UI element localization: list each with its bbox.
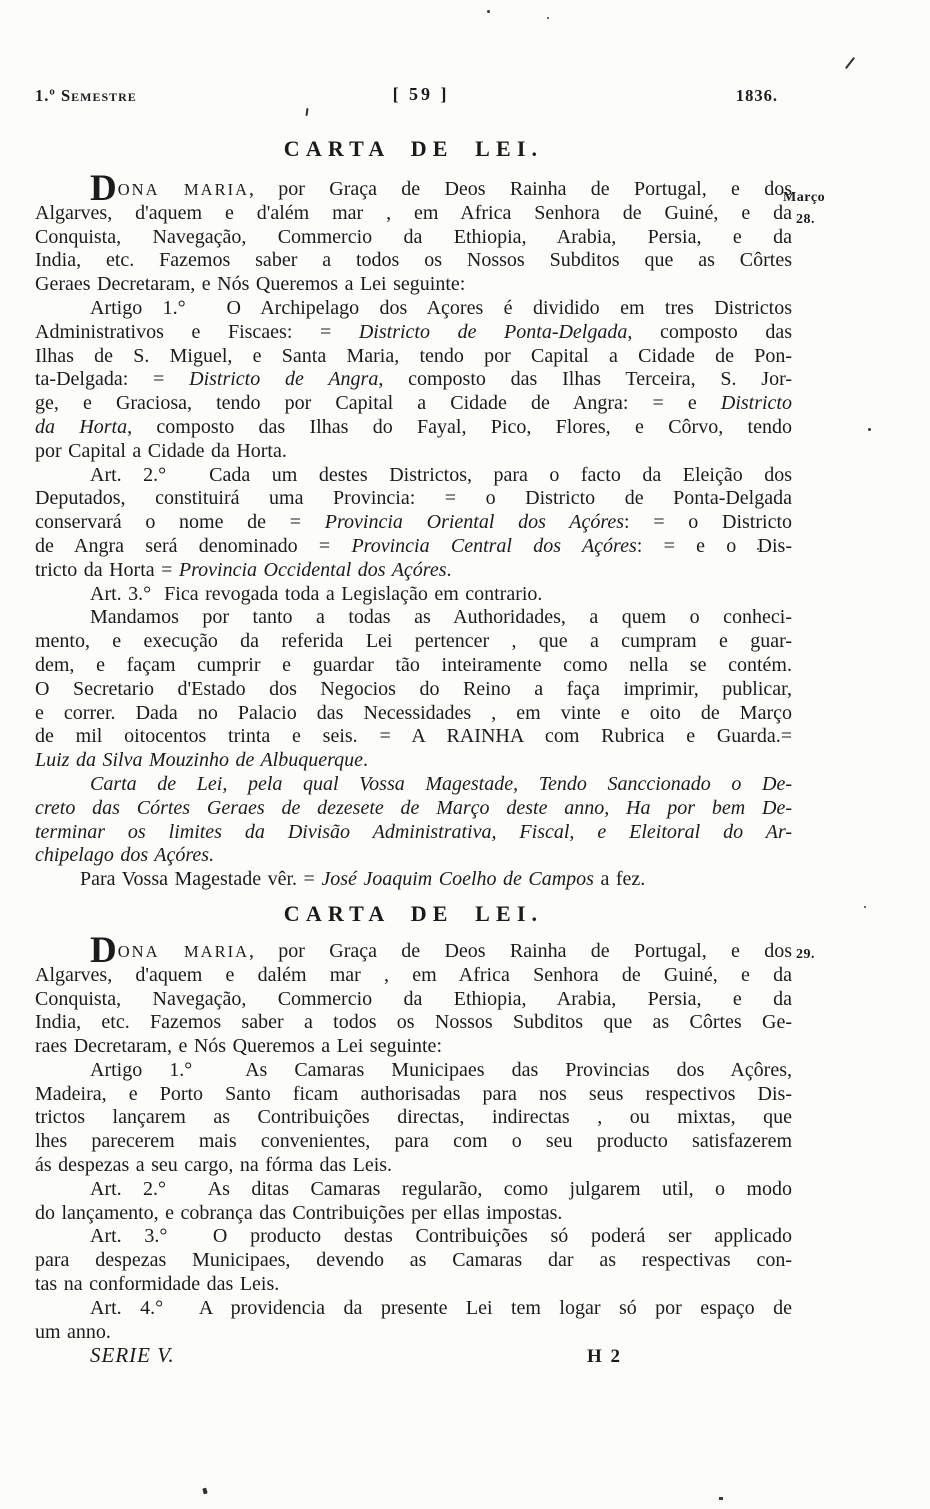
text-line: Administrativos e Fiscaes: = Districto d… (35, 321, 792, 345)
law2-artigo-1: Artigo 1.° As Camaras Municipaes das Pro… (35, 1059, 792, 1178)
text-line: ge, e Graciosa, tendo por Capital a Cida… (35, 392, 792, 416)
text-run: Algarves, d'aquem e d'além mar , em Afri… (35, 202, 792, 224)
text-line: por Capital a Cidade da Horta. (35, 440, 792, 464)
text-run: um anno. (35, 1321, 111, 1343)
text-run: ge, e Graciosa, tendo por Capital a Cida… (35, 392, 721, 414)
text-line: lhes parecerem mais convenientes, para c… (35, 1130, 792, 1154)
text-run: Madeira, e Porto Santo ficam authorisada… (35, 1083, 792, 1105)
text-run: e correr. Dada no Palacio das Necessidad… (35, 702, 792, 724)
text-run: Carta de Lei, pela qual Vossa Magestade,… (90, 773, 792, 795)
text-line: Carta de Lei, pela qual Vossa Magestade,… (35, 773, 792, 797)
text-line: do lançamento, e cobrança das Contribuiç… (35, 1202, 792, 1226)
text-run: Districto de Ponta-Delgada (359, 321, 628, 343)
text-run: creto das Córtes Geraes de dezesete de M… (35, 797, 792, 819)
scan-speck (757, 548, 759, 550)
text-run: Provincia Occidental dos Açóres (179, 559, 447, 581)
text-line: Artigo 1.° As Camaras Municipaes das Pro… (35, 1059, 792, 1083)
text-run: , por Graça de Deos Rainha de Portugal, … (249, 178, 792, 200)
scan-speck (719, 1497, 723, 1500)
text-line: dem, e façam cumprir e guardar tão intei… (35, 654, 792, 678)
scanned-page: 1.º Semestre [ 59 ] 1836. CARTA DE LEI.D… (0, 0, 930, 1509)
text-run: tas na conformidade das Leis. (35, 1273, 279, 1295)
text-run: ONA MARIA (118, 180, 249, 199)
text-line: ás despezas a seu cargo, na fórma das Le… (35, 1154, 792, 1178)
page-footer: SERIE V. H 2 (35, 1344, 792, 1370)
text-line: DONA MARIA, por Graça de Deos Rainha de … (35, 178, 792, 202)
text-line: Art. 2.° As ditas Camaras regularão, com… (35, 1178, 792, 1202)
text-run: ta-Delgada: = (35, 368, 189, 390)
text-line: Art. 4.° A providencia da presente Lei t… (35, 1297, 792, 1321)
text-line: conservará o nome de = Provincia Orienta… (35, 511, 792, 535)
text-line: chipelago dos Açóres. (35, 844, 792, 868)
law1-preamble: DONA MARIA, por Graça de Deos Rainha de … (35, 178, 792, 297)
text-run: Luiz da Silva Mouzinho de Albuquerque (35, 749, 363, 771)
margin-date-note: Março (783, 190, 825, 206)
series-label: SERIE V. (35, 1343, 175, 1367)
text-run: Art. 3.° Fica revogada toda a Legislação… (90, 583, 542, 605)
semester-label: 1.º Semestre (35, 86, 137, 106)
text-run: Algarves, d'aquem e dalém mar , em Afric… (35, 964, 792, 986)
text-line: creto das Córtes Geraes de dezesete de M… (35, 797, 792, 821)
text-line: raes Decretaram, e Nós Queremos a Lei se… (35, 1035, 792, 1059)
text-run: para despezas Municipaes, devendo as Cam… (35, 1249, 792, 1271)
law1-fez: Para Vossa Magestade vêr. = José Joaquim… (35, 868, 792, 892)
text-line: tas na conformidade das Leis. (35, 1273, 792, 1297)
text-run: Artigo 1.° O Archipelago dos Açores é di… (90, 297, 792, 319)
document-body: CARTA DE LEI.DONA MARIA, por Graça de De… (35, 136, 792, 1344)
text-run: Para Vossa Magestade vêr. = (80, 868, 321, 890)
text-run: , composto das Ilhas do Fayal, Pico, Flo… (127, 416, 792, 438)
text-line: Artigo 1.° O Archipelago dos Açores é di… (35, 297, 792, 321)
text-run: da Horta (35, 416, 127, 438)
text-line: da Horta, composto das Ilhas do Fayal, P… (35, 416, 792, 440)
text-run: Deputados, constituirá uma Provincia: = … (35, 487, 792, 509)
signature-mark: H 2 (587, 1345, 622, 1369)
margin-date-note: 28. (796, 212, 815, 228)
law2-art-4: Art. 4.° A providencia da presente Lei t… (35, 1297, 792, 1345)
text-run: trictos lançarem as Contribuições direct… (35, 1106, 792, 1128)
text-run: de mil oitocentos trinta e seis. = A RAI… (35, 725, 792, 747)
text-run: , por Graça de Deos Rainha de Portugal, … (249, 940, 792, 962)
text-run: : = e o Dis- (637, 535, 792, 557)
text-run: do lançamento, e cobrança das Contribuiç… (35, 1202, 562, 1224)
text-run: . (363, 749, 368, 771)
text-line: Conquista, Navegação, Commercio da Ethio… (35, 226, 792, 250)
text-line: Mandamos por tanto a todas as Authoridad… (35, 606, 792, 630)
page-number: [ 59 ] (393, 84, 450, 105)
law1-art-2: Art. 2.° Cada um destes Districtos, para… (35, 464, 792, 583)
text-run: mento, e execução da referida Lei perten… (35, 630, 792, 652)
text-line: e correr. Dada no Palacio das Necessidad… (35, 702, 792, 726)
text-line: Deputados, constituirá uma Provincia: = … (35, 487, 792, 511)
text-run: Conquista, Navegação, Commercio da Ethio… (35, 226, 792, 248)
text-line: de mil oitocentos trinta e seis. = A RAI… (35, 725, 792, 749)
text-line: DONA MARIA, por Graça de Deos Rainha de … (35, 940, 792, 964)
scan-speck (487, 10, 490, 13)
section-heading: CARTA DE LEI. (35, 901, 792, 927)
text-line: Art. 3.° O producto destas Contribuições… (35, 1225, 792, 1249)
text-run: ás despezas a seu cargo, na fórma das Le… (35, 1154, 392, 1176)
year-label: 1836. (736, 86, 778, 106)
text-run: dem, e façam cumprir e guardar tão intei… (35, 654, 792, 676)
text-run: Art. 2.° As ditas Camaras regularão, com… (90, 1178, 792, 1200)
text-run: José Joaquim Coelho de Campos (321, 868, 594, 890)
text-run: Districto de Angra (189, 368, 378, 390)
text-line: ta-Delgada: = Districto de Angra, compos… (35, 368, 792, 392)
text-run: a fez. (594, 868, 645, 890)
text-run: Provincia Central dos Açóres (351, 535, 636, 557)
scan-speck (547, 17, 549, 19)
text-line: Art. 3.° Fica revogada toda a Legislação… (35, 583, 792, 607)
law2-art-2: Art. 2.° As ditas Camaras regularão, com… (35, 1178, 792, 1226)
text-run: O Secretario d'Estado dos Negocios do Re… (35, 678, 792, 700)
text-line: Ilhas de S. Miguel, e Santa Maria, tendo… (35, 345, 792, 369)
text-run: ONA MARIA (118, 942, 249, 961)
text-run: Mandamos por tanto a todas as Authoridad… (90, 606, 792, 628)
text-line: terminar os limites da Divisão Administr… (35, 821, 792, 845)
text-line: mento, e execução da referida Lei perten… (35, 630, 792, 654)
text-run: Art. 2.° Cada um destes Districtos, para… (90, 464, 792, 486)
text-run: conservará o nome de = (35, 511, 325, 533)
text-line: Madeira, e Porto Santo ficam authorisada… (35, 1083, 792, 1107)
text-run: Art. 3.° O producto destas Contribuições… (90, 1225, 792, 1247)
text-run: Conquista, Navegação, Commercio da Ethio… (35, 988, 792, 1010)
section-heading: CARTA DE LEI. (35, 136, 792, 162)
text-line: Conquista, Navegação, Commercio da Ethio… (35, 988, 792, 1012)
text-run: , composto das (627, 321, 792, 343)
text-run: : = o Districto (624, 511, 792, 533)
text-line: Geraes Decretaram, e Nós Queremos a Lei … (35, 273, 792, 297)
text-run: India, etc. Fazemos saber a todos os Nos… (35, 249, 792, 271)
text-line: Art. 2.° Cada um destes Districtos, para… (35, 464, 792, 488)
text-line: um anno. (35, 1321, 792, 1345)
scan-speck (868, 428, 871, 431)
text-run: Provincia Oriental dos Açóres (325, 511, 624, 533)
text-run: Art. 4.° A providencia da presente Lei t… (90, 1297, 792, 1319)
law1-mandamos: Mandamos por tanto a todas as Authoridad… (35, 606, 792, 773)
law1-summary: Carta de Lei, pela qual Vossa Magestade,… (35, 773, 792, 868)
text-line: Luiz da Silva Mouzinho de Albuquerque. (35, 749, 792, 773)
text-run: lhes parecerem mais convenientes, para c… (35, 1130, 792, 1152)
law2-art-3: Art. 3.° O producto destas Contribuições… (35, 1225, 792, 1296)
scan-speck (864, 906, 866, 908)
text-line: de Angra será denominado = Provincia Cen… (35, 535, 792, 559)
scan-speck (202, 1488, 207, 1495)
text-run: Administrativos e Fiscaes: = (35, 321, 359, 343)
text-line: para despezas Municipaes, devendo as Cam… (35, 1249, 792, 1273)
page-header: 1.º Semestre [ 59 ] 1836. (35, 86, 792, 110)
text-run: por Capital a Cidade da Horta. (35, 440, 287, 462)
law2-preamble: DONA MARIA, por Graça de Deos Rainha de … (35, 940, 792, 1059)
text-run: , composto das Ilhas Terceira, S. Jor- (378, 368, 792, 390)
text-run: Ilhas de S. Miguel, e Santa Maria, tendo… (35, 345, 792, 367)
text-run: raes Decretaram, e Nós Queremos a Lei se… (35, 1035, 442, 1057)
text-run: India, etc. Fazemos saber a todos os Nos… (35, 1011, 792, 1033)
text-line: India, etc. Fazemos saber a todos os Nos… (35, 1011, 792, 1035)
text-line: Para Vossa Magestade vêr. = José Joaquim… (35, 868, 792, 892)
text-run: . (447, 559, 452, 581)
text-run: Geraes Decretaram, e Nós Queremos a Lei … (35, 273, 465, 295)
law1-artigo-1: Artigo 1.° O Archipelago dos Açores é di… (35, 297, 792, 464)
text-line: Algarves, d'aquem e dalém mar , em Afric… (35, 964, 792, 988)
text-run: Artigo 1.° As Camaras Municipaes das Pro… (90, 1059, 792, 1081)
text-line: Algarves, d'aquem e d'além mar , em Afri… (35, 202, 792, 226)
text-line: India, etc. Fazemos saber a todos os Nos… (35, 249, 792, 273)
scan-speck (845, 57, 855, 69)
text-run: chipelago dos Açóres. (35, 844, 214, 866)
text-run: de Angra será denominado = (35, 535, 351, 557)
text-run: terminar os limites da Divisão Administr… (35, 821, 792, 843)
text-line: O Secretario d'Estado dos Negocios do Re… (35, 678, 792, 702)
text-line: tricto da Horta = Provincia Occidental d… (35, 559, 792, 583)
text-run: Districto (721, 392, 792, 414)
law1-art-3: Art. 3.° Fica revogada toda a Legislação… (35, 583, 792, 607)
text-run: tricto da Horta = (35, 559, 179, 581)
text-line: trictos lançarem as Contribuições direct… (35, 1106, 792, 1130)
margin-date-note: 29. (796, 947, 815, 963)
